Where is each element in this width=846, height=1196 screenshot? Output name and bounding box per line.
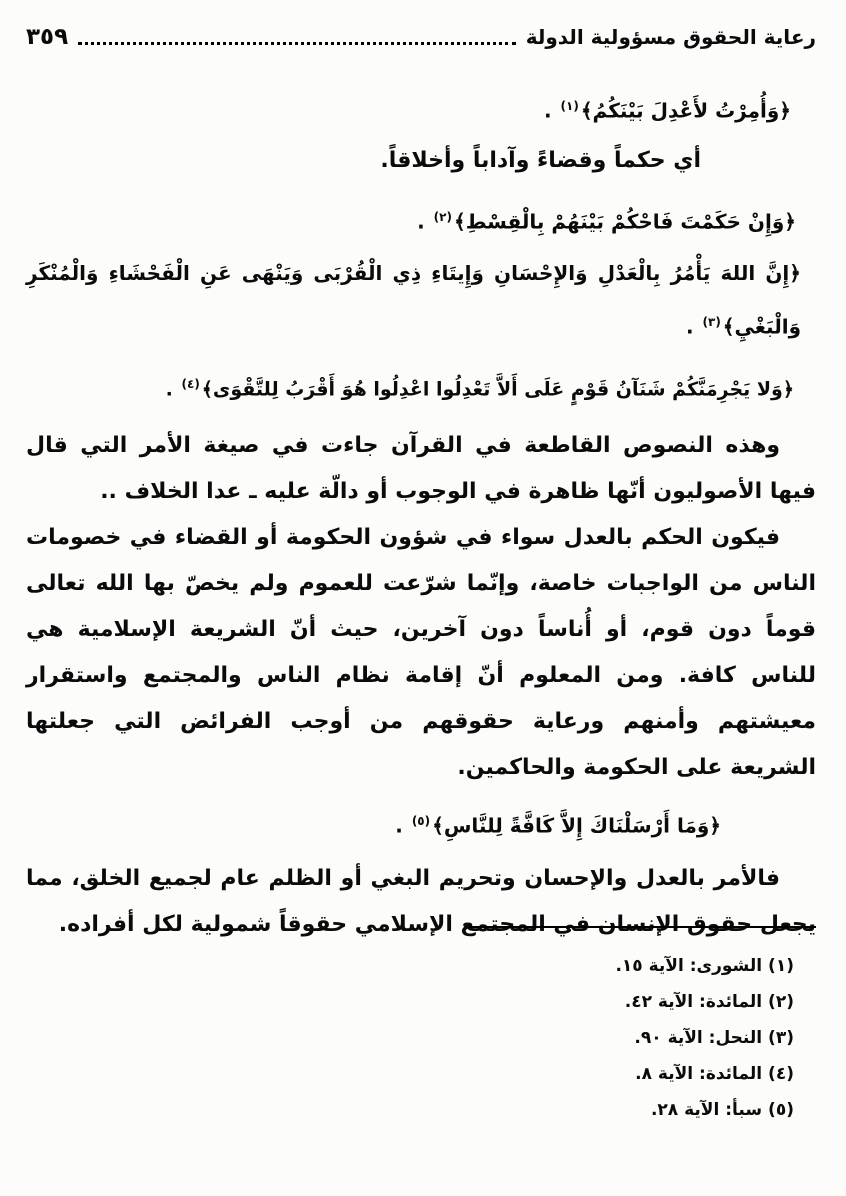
footnote-divider <box>468 926 816 928</box>
footnote-marker-5: (٥) <box>410 814 432 828</box>
footnote-marker-4: (٤) <box>180 377 202 391</box>
verse-period: . <box>395 814 410 838</box>
footnote-list: (١)الشورى: الآية ١٥. (٢)المائدة: الآية ٤… <box>26 948 816 1128</box>
footnote-text: المائدة: الآية ٤٢. <box>625 992 762 1012</box>
quran-verse-4: ﴿وَلا يَجْرِمَنَّكُمْ شَنَآنُ قَوْمٍ عَل… <box>26 362 794 411</box>
footnote-item: (٤)المائدة: الآية ٨. <box>26 1056 794 1092</box>
footnote-marker-2: (٢) <box>432 210 454 224</box>
quran-verse-5: ﴿وَمَا أَرْسَلْنَاكَ إِلاَّ كَافَّةً لِل… <box>26 799 721 848</box>
footnote-number: (١) <box>762 956 794 976</box>
footnote-marker-3: (٣) <box>701 315 723 329</box>
footnote-number: (٣) <box>762 1028 794 1048</box>
body-paragraph-2: فيكون الحكم بالعدل سواء في شؤون الحكومة … <box>26 515 816 791</box>
book-page: رعاية الحقوق مسؤولية الدولة ٣٥٩ ﴿وَأُمِر… <box>0 0 846 1196</box>
quran-verse-2: ﴿وَإِنْ حَكَمْتَ فَاحْكُمْ بَيْنَهُمْ بِ… <box>26 195 796 244</box>
footnote-item: (١)الشورى: الآية ١٥. <box>26 948 794 984</box>
footnote-text: الشورى: الآية ١٥. <box>615 956 762 976</box>
page-header: رعاية الحقوق مسؤولية الدولة ٣٥٩ <box>26 24 816 50</box>
verse-period: . <box>417 209 432 233</box>
verse-text: ﴿إِنَّ اللهَ يَأْمُرُ بِالْعَدْلِ وَالإِ… <box>26 261 801 339</box>
page-number: ٣٥٩ <box>26 24 68 50</box>
verse-text: ﴿وَأُمِرْتُ لأَعْدِلَ بَيْنَكُمُ﴾ <box>581 99 791 123</box>
quran-verse-1: ﴿وَأُمِرْتُ لأَعْدِلَ بَيْنَكُمُ﴾(١) . <box>26 84 791 133</box>
quran-verse-3: ﴿إِنَّ اللهَ يَأْمُرُ بِالْعَدْلِ وَالإِ… <box>26 249 801 352</box>
footnotes-section: (١)الشورى: الآية ١٥. (٢)المائدة: الآية ٤… <box>26 926 816 1128</box>
footnote-number: (٥) <box>762 1100 794 1120</box>
verse-period: . <box>166 378 180 400</box>
footnote-item: (٣)النحل: الآية ٩٠. <box>26 1020 794 1056</box>
dotted-leader <box>78 30 516 45</box>
footnote-item: (٢)المائدة: الآية ٤٢. <box>26 984 794 1020</box>
verse-explanation: أي حكماً وقضاءً وآداباً وأخلاقاً. <box>26 139 701 183</box>
body-paragraph-1: وهذه النصوص القاطعة في القرآن جاءت في صي… <box>26 423 816 515</box>
verse-text: ﴿وَلا يَجْرِمَنَّكُمْ شَنَآنُ قَوْمٍ عَل… <box>202 378 794 400</box>
footnote-text: المائدة: الآية ٨. <box>635 1064 762 1084</box>
footnote-number: (٤) <box>762 1064 794 1084</box>
verse-period: . <box>686 315 701 339</box>
running-title: رعاية الحقوق مسؤولية الدولة <box>526 25 816 49</box>
verse-text: ﴿وَمَا أَرْسَلْنَاكَ إِلاَّ كَافَّةً لِل… <box>432 814 721 838</box>
verse-text: ﴿وَإِنْ حَكَمْتَ فَاحْكُمْ بَيْنَهُمْ بِ… <box>454 209 796 233</box>
footnote-item: (٥)سبأ: الآية ٢٨. <box>26 1092 794 1128</box>
verse-period: . <box>544 99 559 123</box>
footnote-number: (٢) <box>762 992 794 1012</box>
footnote-text: سبأ: الآية ٢٨. <box>651 1100 762 1120</box>
footnote-text: النحل: الآية ٩٠. <box>634 1028 762 1048</box>
footnote-marker-1: (١) <box>559 99 581 113</box>
